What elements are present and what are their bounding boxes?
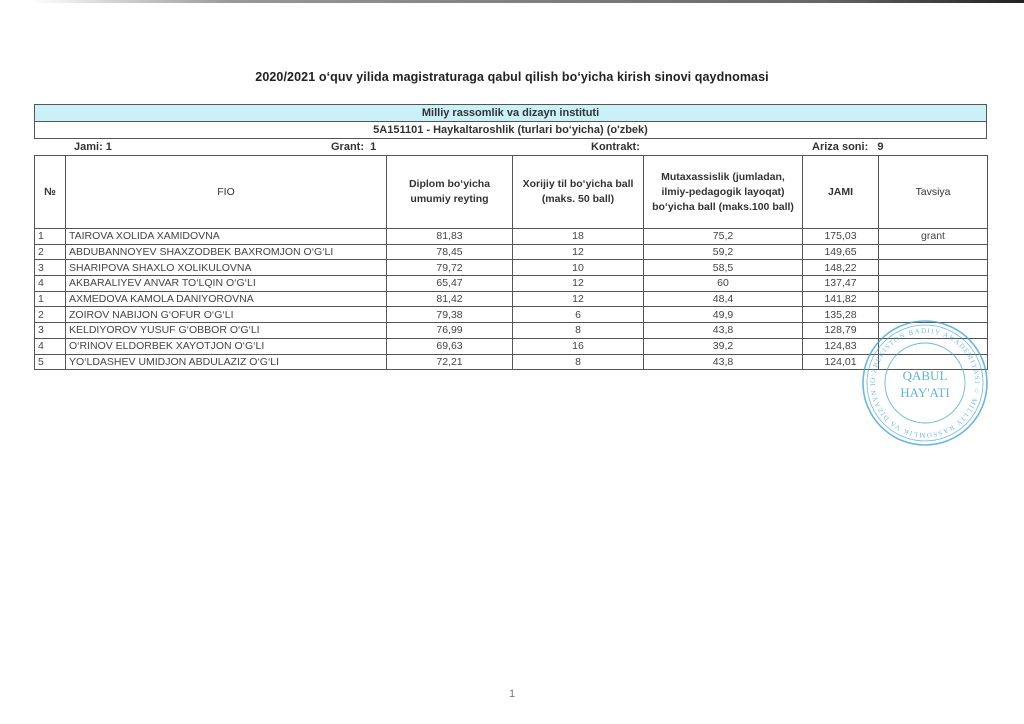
cell-jami: 137,47 [803, 276, 879, 292]
cell-num: 5 [35, 354, 66, 370]
summary-jami: Jami: 1 [74, 141, 112, 153]
cell-jami: 149,65 [803, 244, 879, 260]
specialty-band: 5A151101 - Haykaltaroshlik (turlari bo‘y… [34, 121, 987, 139]
summary-ariza: Ariza soni: 9 [812, 141, 884, 153]
cell-tavsiya [879, 244, 988, 260]
table-row: 4O‘RINOV ELDORBEK XAYOTJON O‘G‘LI69,6316… [35, 338, 988, 354]
table-row: 1AXMEDOVA KAMOLA DANIYOROVNA81,421248,41… [35, 291, 988, 307]
cell-num: 1 [35, 291, 66, 307]
cell-mutax: 49,9 [644, 307, 803, 323]
col-header-fio: FIO [66, 156, 387, 229]
cell-num: 2 [35, 244, 66, 260]
cell-xorijiy: 12 [513, 276, 644, 292]
page-number: 1 [0, 688, 1024, 700]
scan-top-edge [30, 0, 1024, 3]
cell-mutax: 43,8 [644, 354, 803, 370]
col-header-diplom: Diplom bo‘yicha umumiy reyting [387, 156, 513, 229]
institution-band: Milliy rassomlik va dizayn instituti [34, 104, 987, 122]
cell-num: 1 [35, 229, 66, 245]
admission-committee-stamp: O‘ZBEKISTON BADIIY AKADEMIYASI ☆ MILLIY … [860, 318, 990, 448]
cell-diplom: 81,83 [387, 229, 513, 245]
cell-jami: 141,82 [803, 291, 879, 307]
cell-jami: 148,22 [803, 260, 879, 276]
col-header-num: № [35, 156, 66, 229]
cell-tavsiya [879, 260, 988, 276]
cell-diplom: 79,72 [387, 260, 513, 276]
cell-fio: ABDUBANNOYEV SHAXZODBEK BAXROMJON O‘G‘LI [66, 244, 387, 260]
cell-fio: TAIROVA XOLIDA XAMIDOVNA [66, 229, 387, 245]
cell-xorijiy: 16 [513, 338, 644, 354]
col-header-xorijiy: Xorijiy til bo‘yicha ball (maks. 50 ball… [513, 156, 644, 229]
cell-tavsiya [879, 291, 988, 307]
table-header-row: № FIO Diplom bo‘yicha umumiy reyting Xor… [35, 156, 988, 229]
cell-mutax: 60 [644, 276, 803, 292]
stamp-line2: HAY'ATI [900, 385, 950, 400]
table-row: 1TAIROVA XOLIDA XAMIDOVNA81,831875,2175,… [35, 229, 988, 245]
cell-fio: AKBARALIYEV ANVAR TO‘LQIN O‘G‘LI [66, 276, 387, 292]
cell-fio: AXMEDOVA KAMOLA DANIYOROVNA [66, 291, 387, 307]
cell-num: 4 [35, 276, 66, 292]
cell-fio: SHARIPOVA SHAXLO XOLIKULOVNA [66, 260, 387, 276]
cell-num: 2 [35, 307, 66, 323]
cell-mutax: 59,2 [644, 244, 803, 260]
cell-diplom: 81,42 [387, 291, 513, 307]
ariza-value: 9 [877, 141, 883, 153]
cell-diplom: 76,99 [387, 323, 513, 339]
cell-xorijiy: 6 [513, 307, 644, 323]
cell-fio: YO‘LDASHEV UMIDJON ABDULAZIZ O‘G‘LI [66, 354, 387, 370]
cell-mutax: 39,2 [644, 338, 803, 354]
cell-num: 4 [35, 338, 66, 354]
cell-mutax: 75,2 [644, 229, 803, 245]
cell-xorijiy: 8 [513, 354, 644, 370]
grant-value: 1 [370, 141, 376, 153]
stamp-line1: QABUL [903, 368, 948, 383]
cell-fio: O‘RINOV ELDORBEK XAYOTJON O‘G‘LI [66, 338, 387, 354]
col-header-mutaxassislik: Mutaxassislik (jumladan, ilmiy-pedagogik… [644, 156, 803, 229]
table-row: 3SHARIPOVA SHAXLO XOLIKULOVNA79,721058,5… [35, 260, 988, 276]
table-row: 2ZOIROV NABIJON G‘OFUR O‘G‘LI79,38649,91… [35, 307, 988, 323]
cell-tavsiya: grant [879, 229, 988, 245]
table-row: 4AKBARALIYEV ANVAR TO‘LQIN O‘G‘LI65,4712… [35, 276, 988, 292]
col-header-jami: JAMI [803, 156, 879, 229]
col-header-tavsiya: Tavsiya [879, 156, 988, 229]
ariza-label: Ariza soni: [812, 141, 868, 153]
cell-num: 3 [35, 260, 66, 276]
results-table: № FIO Diplom bo‘yicha umumiy reyting Xor… [34, 155, 988, 370]
summary-grant: Grant: 1 [331, 141, 376, 153]
cell-tavsiya [879, 276, 988, 292]
cell-diplom: 69,63 [387, 338, 513, 354]
cell-xorijiy: 10 [513, 260, 644, 276]
cell-xorijiy: 12 [513, 244, 644, 260]
cell-mutax: 48,4 [644, 291, 803, 307]
cell-diplom: 79,38 [387, 307, 513, 323]
document-title: 2020/2021 o‘quv yilida magistraturaga qa… [0, 70, 1024, 84]
summary-kontrakt: Kontrakt: [591, 141, 640, 153]
cell-diplom: 78,45 [387, 244, 513, 260]
table-row: 2ABDUBANNOYEV SHAXZODBEK BAXROMJON O‘G‘L… [35, 244, 988, 260]
cell-diplom: 65,47 [387, 276, 513, 292]
cell-mutax: 43,8 [644, 323, 803, 339]
cell-num: 3 [35, 323, 66, 339]
cell-diplom: 72,21 [387, 354, 513, 370]
cell-xorijiy: 12 [513, 291, 644, 307]
table-row: 5YO‘LDASHEV UMIDJON ABDULAZIZ O‘G‘LI72,2… [35, 354, 988, 370]
table-row: 3KELDIYOROV YUSUF G‘OBBOR O‘G‘LI76,99843… [35, 323, 988, 339]
cell-jami: 175,03 [803, 229, 879, 245]
grant-label: Grant: [331, 141, 364, 153]
cell-fio: ZOIROV NABIJON G‘OFUR O‘G‘LI [66, 307, 387, 323]
cell-xorijiy: 18 [513, 229, 644, 245]
cell-mutax: 58,5 [644, 260, 803, 276]
cell-xorijiy: 8 [513, 323, 644, 339]
cell-fio: KELDIYOROV YUSUF G‘OBBOR O‘G‘LI [66, 323, 387, 339]
